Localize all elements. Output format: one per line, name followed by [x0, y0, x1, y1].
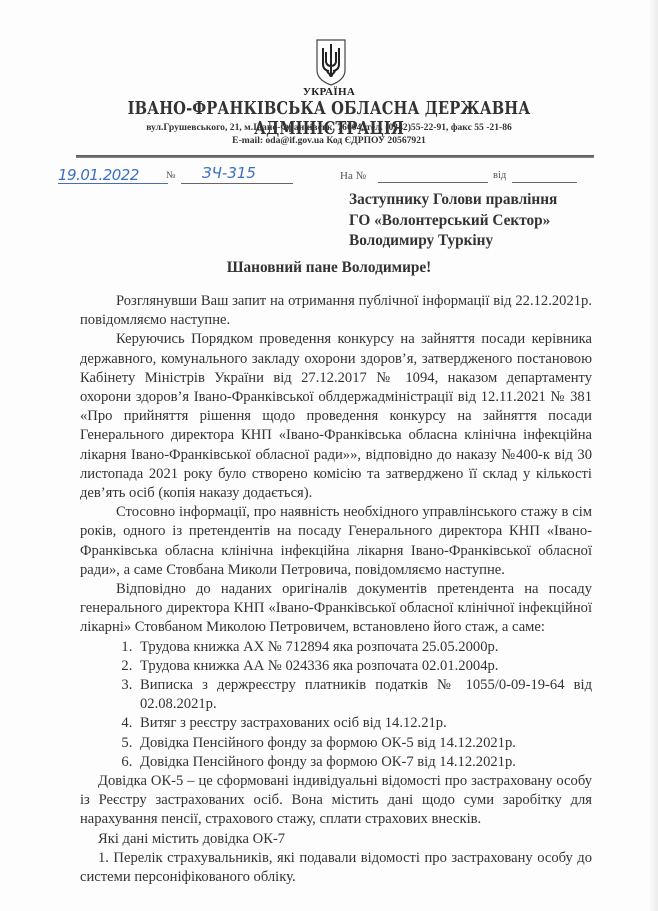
- list-item: Виписка з держреєстру платників податків…: [136, 676, 592, 714]
- list-item: Довідка Пенсійного фонду за формою ОК-5 …: [136, 734, 592, 753]
- in-reply-number-field: [378, 182, 488, 183]
- list-item: Трудова книжка АА № 024336 яка розпочата…: [136, 657, 592, 676]
- paragraph-documents-intro: Відповідно до наданих оригіналів докумен…: [80, 580, 592, 638]
- number-underline: [181, 183, 293, 184]
- salutation: Шановний пане Володимире!: [0, 259, 658, 277]
- trident-emblem-icon: [315, 38, 347, 86]
- organization-address: вул.Грушевського, 21, м.Івано-Франківськ…: [0, 122, 658, 133]
- in-reply-label: На №: [340, 170, 366, 182]
- list-item: Довідка Пенсійного фонду за формою ОК-7 …: [136, 753, 592, 772]
- paragraph-experience: Стосовно інформації, про наявність необх…: [80, 503, 592, 580]
- recipient-name: Володимиру Туркіну: [349, 231, 557, 252]
- ok7-item-1: 1. Перелік страхувальників, які подавали…: [80, 849, 592, 887]
- date-underline: [58, 183, 168, 184]
- paragraph-intro: Розглянувши Ваш запит на отримання публі…: [80, 292, 592, 330]
- country-name: УКРАЇНА: [0, 86, 658, 98]
- recipient-organization: ГО «Волонтерський Сектор»: [349, 211, 557, 232]
- recipient-position: Заступнику Голови правління: [349, 190, 557, 211]
- letter-body: Розглянувши Ваш запит на отримання публі…: [80, 292, 592, 887]
- paragraph-ok5: Довідка ОК-5 – це сформовані індивідуаль…: [80, 772, 592, 830]
- header-divider: [76, 155, 594, 158]
- documents-list: Трудова книжка АХ № 712894 яка розпочата…: [80, 638, 592, 772]
- ok7-heading: Які дані містить довідка ОК-7: [80, 830, 592, 849]
- list-item: Витяг з реєстру застрахованих осіб від 1…: [136, 714, 592, 733]
- list-item: Трудова книжка АХ № 712894 яка розпочата…: [136, 638, 592, 657]
- outgoing-date: 19.01.2022: [58, 166, 139, 184]
- from-date-field: [512, 182, 577, 183]
- document-page: УКРАЇНА ІВАНО-ФРАНКІВСЬКА ОБЛАСНА ДЕРЖАВ…: [0, 0, 658, 911]
- organization-name: ІВАНО-ФРАНКІВСЬКА ОБЛАСНА ДЕРЖАВНА АДМІН…: [53, 99, 606, 139]
- number-sign: №: [166, 170, 176, 181]
- organization-email-code: E-mail: oda@if.gov.ua Код ЄДРПОУ 2056792…: [0, 135, 658, 146]
- paragraph-procedure: Керуючись Порядком проведення конкурсу н…: [80, 330, 592, 503]
- recipient-block: Заступнику Голови правління ГО «Волонтер…: [349, 190, 557, 252]
- outgoing-number: ЗЧ-315: [202, 164, 256, 182]
- from-label: від: [493, 170, 506, 181]
